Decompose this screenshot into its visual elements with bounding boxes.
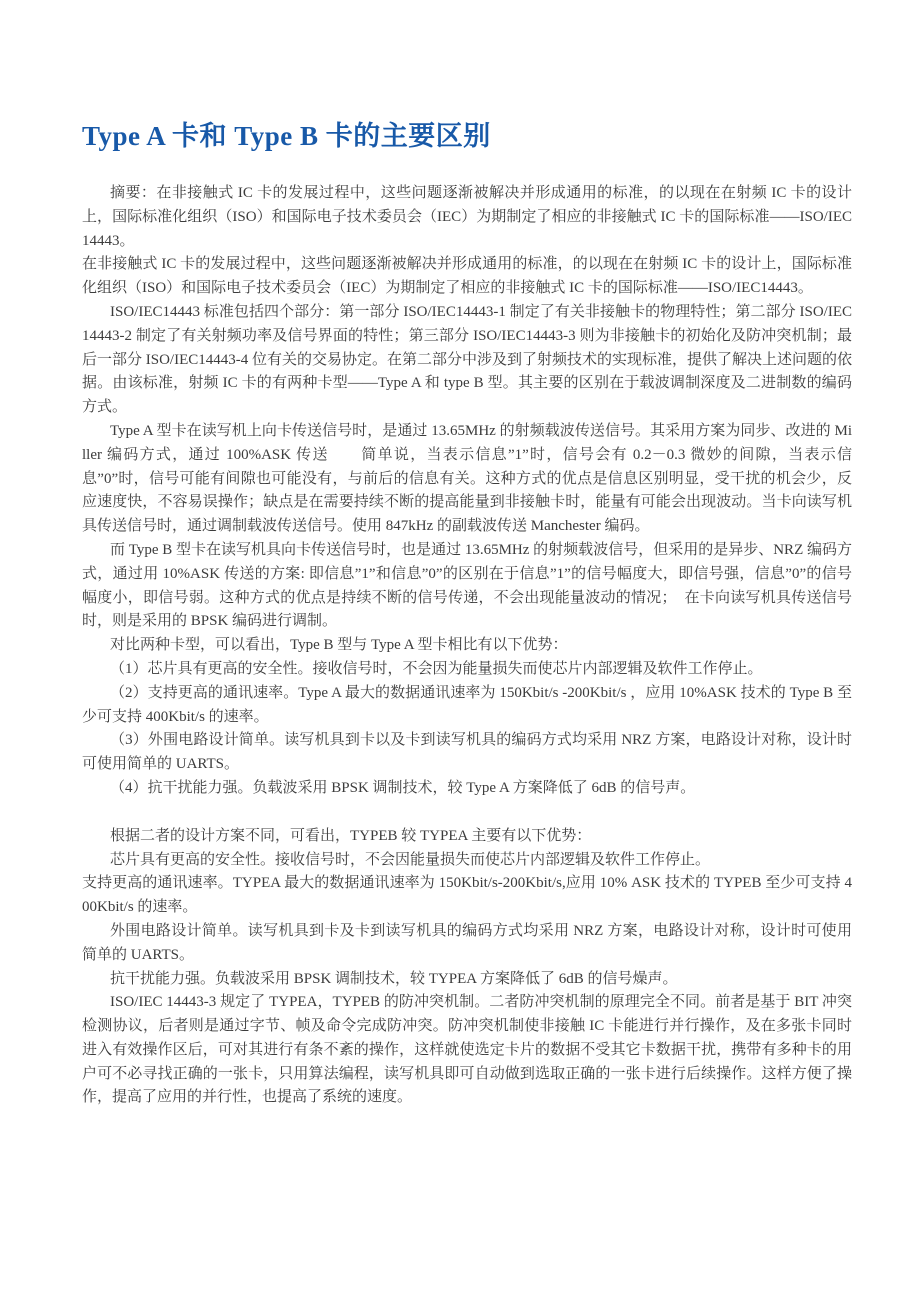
paragraph: （2）支持更高的通讯速率。Type A 最大的数据通讯速率为 150Kbit/s… bbox=[82, 682, 852, 730]
paragraph: ISO/IEC 14443-3 规定了 TYPEA，TYPEB 的防冲突机制。二… bbox=[82, 991, 852, 1110]
paragraph: 对比两种卡型，可以看出，Type B 型与 Type A 型卡相比有以下优势： bbox=[82, 634, 852, 658]
page: { "document": { "title": "Type A 卡和 Type… bbox=[0, 0, 920, 1302]
paragraph: （3）外围电路设计简单。读写机具到卡以及卡到读写机具的编码方式均采用 NRZ 方… bbox=[82, 729, 852, 777]
document-title: Type A 卡和 Type B 卡的主要区别 bbox=[82, 118, 852, 154]
paragraph: 外围电路设计简单。读写机具到卡及卡到读写机具的编码方式均采用 NRZ 方案，电路… bbox=[82, 920, 852, 968]
paragraph: 摘要：在非接触式 IC 卡的发展过程中，这些问题逐渐被解决并形成通用的标准，的以… bbox=[82, 182, 852, 253]
paragraph: 根据二者的设计方案不同，可看出，TYPEB 较 TYPEA 主要有以下优势： bbox=[82, 825, 852, 849]
paragraph: 抗干扰能力强。负载波采用 BPSK 调制技术，较 TYPEA 方案降低了 6dB… bbox=[82, 968, 852, 992]
paragraph: 在非接触式 IC 卡的发展过程中，这些问题逐渐被解决并形成通用的标准，的以现在在… bbox=[82, 253, 852, 301]
paragraph: 而 Type B 型卡在读写机具向卡传送信号时，也是通过 13.65MHz 的射… bbox=[82, 539, 852, 634]
document-page: Type A 卡和 Type B 卡的主要区别 摘要：在非接触式 IC 卡的发展… bbox=[0, 0, 920, 1302]
paragraph: 支持更高的通讯速率。TYPEA 最大的数据通讯速率为 150Kbit/s-200… bbox=[82, 872, 852, 920]
paragraph: Type A 型卡在读写机上向卡传送信号时，是通过 13.65MHz 的射频载波… bbox=[82, 420, 852, 539]
paragraph: （1）芯片具有更高的安全性。接收信号时，不会因为能量损失而使芯片内部逻辑及软件工… bbox=[82, 658, 852, 682]
paragraph: （4）抗干扰能力强。负载波采用 BPSK 调制技术，较 Type A 方案降低了… bbox=[82, 777, 852, 801]
paragraph: ISO/IEC14443 标准包括四个部分：第一部分 ISO/IEC14443-… bbox=[82, 301, 852, 420]
document-body: 摘要：在非接触式 IC 卡的发展过程中，这些问题逐渐被解决并形成通用的标准，的以… bbox=[82, 182, 852, 1110]
paragraph: 芯片具有更高的安全性。接收信号时，不会因能量损失而使芯片内部逻辑及软件工作停止。 bbox=[82, 849, 852, 873]
